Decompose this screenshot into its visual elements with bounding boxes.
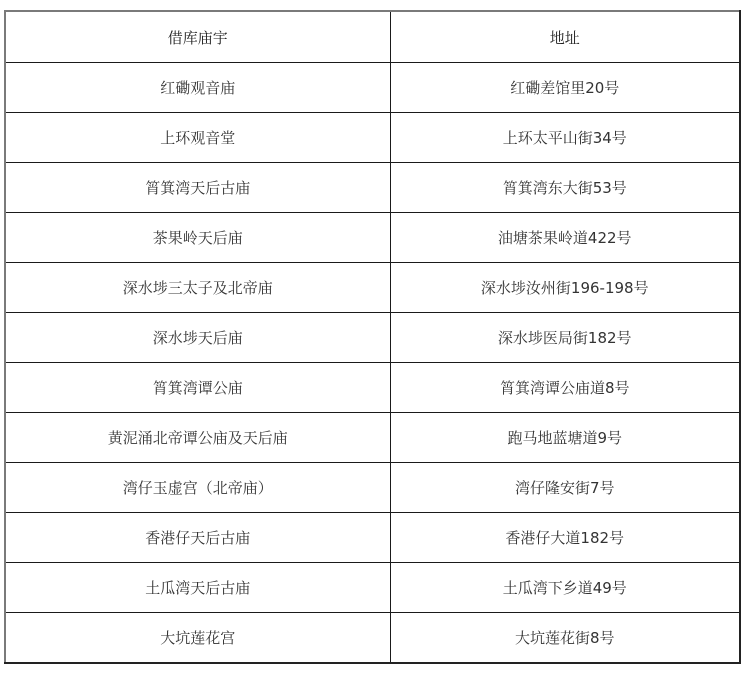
table-row: 筲箕湾天后古庙 筲箕湾东大街53号 xyxy=(5,163,740,213)
header-temple: 借库庙宇 xyxy=(5,11,390,63)
temple-cell: 土瓜湾天后古庙 xyxy=(5,563,390,613)
address-cell: 筲箕湾东大街53号 xyxy=(390,163,740,213)
address-cell: 红磡差馆里20号 xyxy=(390,63,740,113)
address-cell: 深水埗汝州街196-198号 xyxy=(390,263,740,313)
table-row: 香港仔天后古庙 香港仔大道182号 xyxy=(5,513,740,563)
temple-cell: 筲箕湾谭公庙 xyxy=(5,363,390,413)
temple-cell: 大坑莲花宫 xyxy=(5,613,390,664)
table-row: 黄泥涌北帝谭公庙及天后庙 跑马地蓝塘道9号 xyxy=(5,413,740,463)
table-row: 湾仔玉虚宫（北帝庙） 湾仔隆安街7号 xyxy=(5,463,740,513)
address-cell: 土瓜湾下乡道49号 xyxy=(390,563,740,613)
temple-cell: 黄泥涌北帝谭公庙及天后庙 xyxy=(5,413,390,463)
table-row: 红磡观音庙 红磡差馆里20号 xyxy=(5,63,740,113)
address-cell: 筲箕湾谭公庙道8号 xyxy=(390,363,740,413)
address-cell: 大坑莲花街8号 xyxy=(390,613,740,664)
header-address: 地址 xyxy=(390,11,740,63)
temple-cell: 上环观音堂 xyxy=(5,113,390,163)
temple-cell: 香港仔天后古庙 xyxy=(5,513,390,563)
address-cell: 湾仔隆安街7号 xyxy=(390,463,740,513)
address-cell: 油塘茶果岭道422号 xyxy=(390,213,740,263)
temple-cell: 筲箕湾天后古庙 xyxy=(5,163,390,213)
temple-address-table-container: 借库庙宇 地址 红磡观音庙 红磡差馆里20号 上环观音堂 上环太平山街34号 筲… xyxy=(4,10,739,664)
address-cell: 深水埗医局街182号 xyxy=(390,313,740,363)
address-cell: 跑马地蓝塘道9号 xyxy=(390,413,740,463)
table-header-row: 借库庙宇 地址 xyxy=(5,11,740,63)
temple-cell: 深水埗天后庙 xyxy=(5,313,390,363)
table-row: 深水埗天后庙 深水埗医局街182号 xyxy=(5,313,740,363)
temple-cell: 湾仔玉虚宫（北帝庙） xyxy=(5,463,390,513)
table-row: 筲箕湾谭公庙 筲箕湾谭公庙道8号 xyxy=(5,363,740,413)
temple-cell: 红磡观音庙 xyxy=(5,63,390,113)
table-row: 上环观音堂 上环太平山街34号 xyxy=(5,113,740,163)
temple-address-table: 借库庙宇 地址 红磡观音庙 红磡差馆里20号 上环观音堂 上环太平山街34号 筲… xyxy=(4,10,741,664)
table-row: 深水埗三太子及北帝庙 深水埗汝州街196-198号 xyxy=(5,263,740,313)
table-row: 土瓜湾天后古庙 土瓜湾下乡道49号 xyxy=(5,563,740,613)
temple-cell: 茶果岭天后庙 xyxy=(5,213,390,263)
temple-cell: 深水埗三太子及北帝庙 xyxy=(5,263,390,313)
address-cell: 上环太平山街34号 xyxy=(390,113,740,163)
table-row: 大坑莲花宫 大坑莲花街8号 xyxy=(5,613,740,664)
address-cell: 香港仔大道182号 xyxy=(390,513,740,563)
table-row: 茶果岭天后庙 油塘茶果岭道422号 xyxy=(5,213,740,263)
